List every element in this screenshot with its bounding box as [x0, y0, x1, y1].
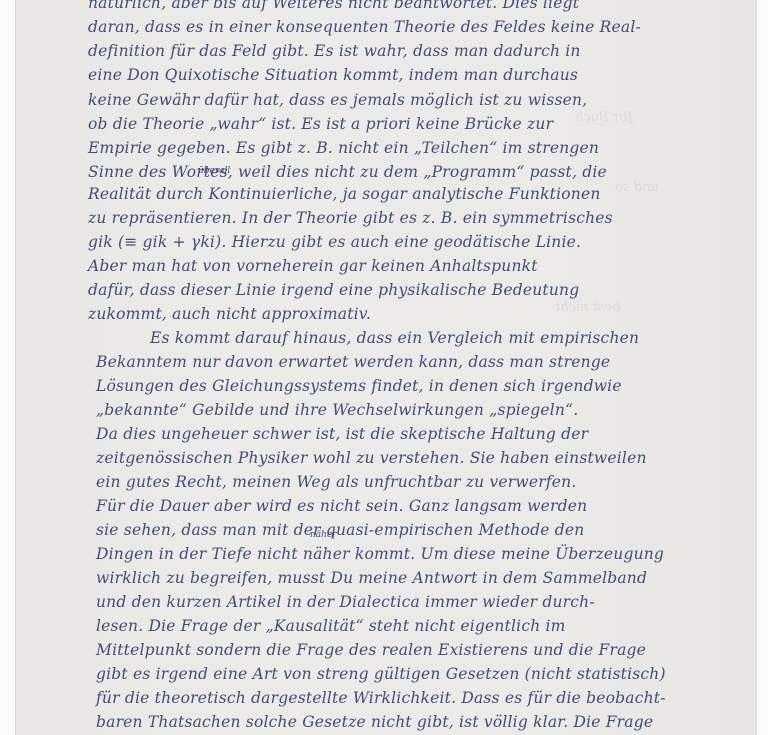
text-line: definition für das Feld gibt. Es ist wah… [88, 41, 581, 61]
text-line: Mittelpunkt sondern die Frage des realen… [96, 640, 646, 660]
text-line: ob die Theorie „wahr“ ist. Es ist a prio… [88, 114, 553, 134]
text-line: zu repräsentieren. In der Theorie gibt e… [88, 208, 613, 228]
text-line: Aber man hat von vorneherein gar keinen … [88, 256, 538, 276]
interlinear-insertion: überall [198, 166, 230, 176]
text-line: Für die Dauer aber wird es nicht sein. G… [96, 496, 587, 516]
interlinear-insertion: näher [310, 530, 337, 540]
text-line: „bekannte“ Gebilde und ihre Wechselwirku… [96, 400, 578, 420]
text-line: Empirie gegeben. Es gibt z. B. nicht ein… [88, 138, 599, 158]
text-line: keine Gewähr dafür hat, dass es jemals m… [88, 90, 587, 110]
text-line: Dingen in der Tiefe nicht näher kommt. U… [96, 544, 664, 564]
text-line: Da dies ungeheuer schwer ist, ist die sk… [96, 424, 588, 444]
text-line: lesen. Die Frage der „Kausalität“ steht … [96, 616, 566, 636]
text-line: Bekanntem nur davon erwartet werden kann… [96, 352, 610, 372]
text-line: Realität durch Kontinuierliche, ja sogar… [88, 184, 601, 204]
text-line: Lösungen des Gleichungssystems findet, i… [96, 376, 622, 396]
text-line: und den kurzen Artikel in der Dialectica… [96, 592, 595, 612]
text-line: daran, dass es in einer konsequenten The… [88, 17, 641, 37]
text-line: zukommt, auch nicht approximativ. [88, 304, 371, 324]
text-line: dafür, dass dieser Linie irgend eine phy… [88, 280, 579, 300]
bleed-through-text: best nicht [555, 300, 620, 315]
text-line: baren Thatsachen solche Gesetze nicht gi… [96, 712, 653, 732]
text-line: für die theoretisch dargestellte Wirklic… [96, 688, 666, 708]
text-line: Es kommt darauf hinaus, dass ein Verglei… [150, 328, 639, 348]
text-line: zeitgenössischen Physiker wohl zu verste… [96, 448, 647, 468]
text-line: gik (≡ gik + γki). Hierzu gibt es auch e… [88, 232, 581, 252]
text-line: ein gutes Recht, meinen Weg als unfrucht… [96, 472, 576, 492]
text-line: gibt es irgend eine Art von streng gülti… [96, 664, 666, 684]
text-line: wirklich zu begreifen, musst Du meine An… [96, 568, 647, 588]
text-line: sie sehen, dass man mit der quasi-empiri… [96, 520, 584, 540]
text-line: Sinne des Wortes, weil dies nicht zu dem… [88, 162, 607, 182]
bleed-through-text: und so [615, 180, 659, 195]
text-line: eine Don Quixotische Situation kommt, in… [88, 65, 578, 85]
text-line: natürlich, aber bis auf Weiteres nicht b… [88, 0, 579, 13]
bleed-through-text: Jbr Buch [575, 110, 632, 125]
